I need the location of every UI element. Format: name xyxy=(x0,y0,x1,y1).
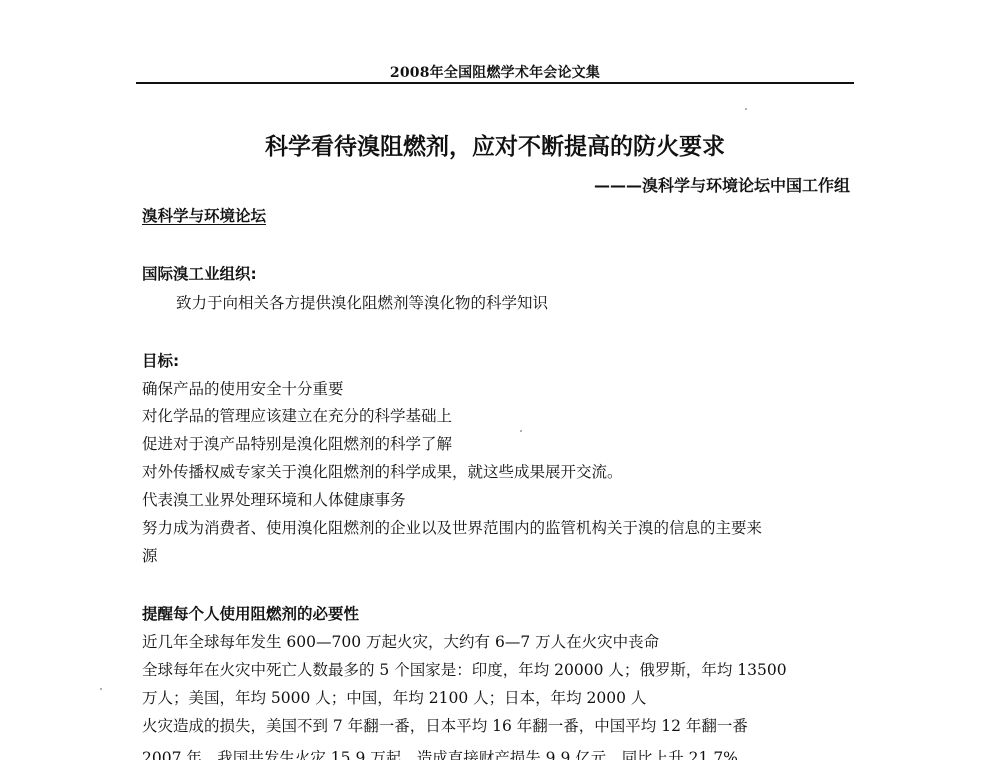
necessity-line: 近几年全球每年发生 600—700 万起火灾，大约有 6—7 万人在火灾中丧命 xyxy=(142,632,659,652)
goal-item: 源 xyxy=(142,546,158,566)
goal-item: 促进对于溴产品特别是溴化阻燃剂的科学了解 xyxy=(142,434,452,454)
running-header: 2008年全国阻燃学术年会论文集 xyxy=(136,62,854,82)
page-title: 科学看待溴阻燃剂，应对不断提高的防火要求 xyxy=(136,128,854,161)
byline: ———溴科学与环境论坛中国工作组 xyxy=(594,173,850,196)
goal-item: 对外传播权威专家关于溴化阻燃剂的科学成果，就这些成果展开交流。 xyxy=(142,462,623,482)
goal-item: 确保产品的使用安全十分重要 xyxy=(142,379,344,399)
necessity-line-cutoff: 2007 年，我国共发生火灾 15.9 万起，造成直接财产损失 9.9 亿元，同… xyxy=(142,748,738,760)
scan-speck xyxy=(745,108,747,110)
goal-item: 对化学品的管理应该建立在充分的科学基础上 xyxy=(142,406,452,426)
necessity-line: 火灾造成的损失，美国不到 7 年翻一番，日本平均 16 年翻一番，中国平均 12… xyxy=(142,716,748,736)
scan-speck xyxy=(520,430,522,432)
goal-item: 代表溴工业界处理环境和人体健康事务 xyxy=(142,490,406,510)
document-page: 2008年全国阻燃学术年会论文集 科学看待溴阻燃剂，应对不断提高的防火要求 ——… xyxy=(0,0,1000,760)
org-heading: 国际溴工业组织: xyxy=(142,264,257,284)
goal-item: 努力成为消费者、使用溴化阻燃剂的企业以及世界范围内的监管机构关于溴的信息的主要来 xyxy=(142,518,762,538)
necessity-heading: 提醒每个人使用阻燃剂的必要性 xyxy=(142,604,359,624)
header-rule xyxy=(136,82,854,84)
necessity-line: 万人；美国，年均 5000 人；中国，年均 2100 人；日本，年均 2000 … xyxy=(142,688,646,708)
section-forum-heading: 溴科学与环境论坛 xyxy=(142,206,266,226)
scan-speck xyxy=(100,688,102,690)
necessity-line: 全球每年在火灾中死亡人数最多的 5 个国家是：印度，年均 20000 人；俄罗斯… xyxy=(142,660,787,680)
org-description: 致力于向相关各方提供溴化阻燃剂等溴化物的科学知识 xyxy=(176,293,548,313)
goals-heading: 目标: xyxy=(142,351,179,371)
